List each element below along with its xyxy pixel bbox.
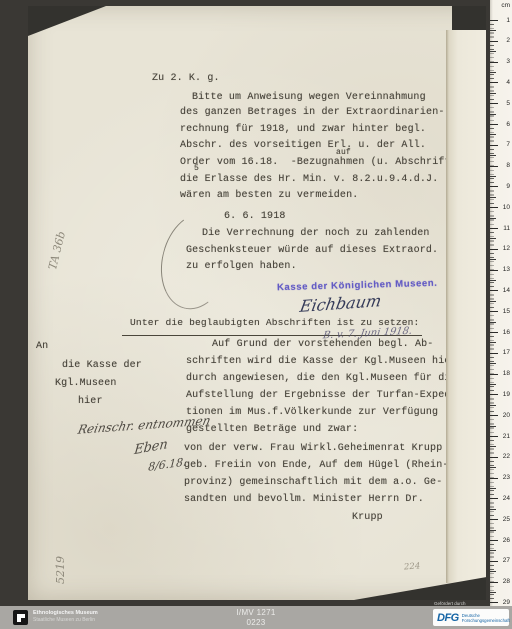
ruler-half-tick (490, 426, 496, 427)
typed-line: gestellten Beträge und zwar: (186, 424, 358, 435)
ruler-number: 9 (506, 183, 510, 190)
ruler-cm-tick (490, 582, 498, 583)
typed-line: des ganzen Betrages in der Extraordinari… (180, 107, 445, 118)
ruler-number: 12 (503, 245, 510, 252)
scan-corner-shadow (28, 6, 106, 36)
typed-line: sandten und bevollm. Minister Herrn Dr. (184, 494, 424, 505)
ruler-half-tick (490, 592, 496, 593)
ruler-number: 8 (506, 162, 510, 169)
ruler-number: 3 (506, 58, 510, 65)
ruler-half-tick (490, 197, 496, 198)
ruler-half-tick (490, 72, 496, 73)
dfg-abbr: DFG (437, 612, 459, 624)
ruler-cm-tick (490, 207, 498, 208)
ruler-number: 28 (503, 578, 510, 585)
ruler-number: 4 (506, 79, 510, 86)
typed-line: Aufstellung der Ergebnisse der Turfan-Ex… (186, 390, 463, 401)
ruler-half-tick (490, 280, 496, 281)
typed-line: Order vom 16.18. -Bezugnahmen (u. Abschr… (180, 157, 463, 168)
ruler-half-tick (490, 467, 496, 468)
ruler-number: 13 (503, 266, 510, 273)
ruler-half-tick (490, 51, 496, 52)
ruler-cm-tick (490, 103, 498, 104)
typed-line: geb. Freiin von Ende, Auf dem Hügel (Rhe… (184, 460, 449, 471)
ruler-cm-tick (490, 20, 498, 21)
typed-line: die Erlasse des Hr. Min. v. 8.2.u.9.4.d.… (180, 174, 438, 185)
ruler-cm-tick (490, 457, 498, 458)
ruler-scale: cm 1234567891011121314151617181920212223… (490, 0, 512, 607)
ruler-half-tick (490, 509, 496, 510)
ink-stamp-kasse: Kasse der Königlichen Museen. (277, 278, 438, 293)
ruler-half-tick (490, 342, 496, 343)
ruler-cm-tick (490, 478, 498, 479)
funding-note: Gefördert durch (434, 601, 466, 606)
signature-eichbaum: Eichbaum (298, 291, 383, 316)
document-page: Zu 2. K. g. Bitte um Anweisung wegen Ver… (28, 6, 486, 600)
ruler-number: 11 (503, 225, 510, 232)
ruler-number: 7 (506, 141, 510, 148)
typed-line: tionen im Mus.f.Völkerkunde zur Verfügun… (186, 407, 438, 418)
ruler-cm-tick (490, 270, 498, 271)
typed-date: 6. 6. 1918 (224, 211, 286, 222)
typed-insertion-above: auf (336, 148, 351, 157)
ruler-number: 2 (506, 37, 510, 44)
ruler-number: 14 (503, 287, 510, 294)
ruler-number: 29 (503, 599, 510, 606)
ruler-half-tick (490, 363, 496, 364)
ruler-number: 18 (503, 370, 510, 377)
ruler-cm-tick (490, 145, 498, 146)
ruler-number: 15 (503, 308, 510, 315)
handwritten-note-date: 8/6.18. (148, 455, 187, 474)
ruler-number: 16 (503, 329, 510, 336)
ruler-cm-tick (490, 249, 498, 250)
ruler-half-tick (490, 301, 496, 302)
ruler-half-tick (490, 259, 496, 260)
ruler-cm-tick (490, 374, 498, 375)
ruler-half-tick (490, 405, 496, 406)
ruler-half-tick (490, 218, 496, 219)
ruler-cm-tick (490, 311, 498, 312)
ruler-cm-tick (490, 602, 498, 603)
typed-line: wären am besten zu vermeiden. (180, 190, 358, 201)
ruler-cm-tick (490, 540, 498, 541)
ruler-number: 26 (503, 537, 510, 544)
typed-line: von der verw. Frau Wirkl.Geheimenrat Kru… (184, 443, 442, 454)
margin-annotation-number: 5219 (54, 556, 67, 584)
typed-line: provinz) gemeinschaftlich mit dem a.o. G… (184, 477, 442, 488)
scan-corner-shadow (452, 6, 486, 30)
ruler-half-tick (490, 155, 496, 156)
ruler-number: 6 (506, 121, 510, 128)
typed-line: Auf Grund der vorstehenden begl. Ab- (212, 339, 433, 350)
ruler-number: 25 (503, 516, 510, 523)
typed-reference-line: Zu 2. K. g. (152, 73, 220, 84)
ruler-half-tick (490, 176, 496, 177)
ruler-number: 21 (503, 433, 510, 440)
typed-line: Bitte um Anweisung wegen Vereinnahmung (192, 92, 426, 103)
ruler-cm-tick (490, 82, 498, 83)
ruler-number: 10 (503, 204, 510, 211)
address-line: hier (78, 396, 103, 407)
typed-line: Abschr. des vorseitigen Erl. u. der All. (180, 140, 426, 151)
typed-insertion-below: 5 (194, 164, 199, 173)
typed-line: schriften wird die Kasse der Kgl.Museen … (186, 356, 463, 367)
dfg-name-line2: Forschungsgemeinschaft (462, 618, 510, 623)
typed-heading: Unter die beglaubigten Abschriften ist z… (130, 317, 419, 328)
footer-bar: Ethnologisches Museum Staatliche Museen … (0, 606, 512, 629)
ruler-half-tick (490, 571, 496, 572)
typed-line: durch angewiesen, die den Kgl.Museen für… (186, 373, 457, 384)
ruler-cm-tick (490, 41, 498, 42)
ruler-cm-tick (490, 394, 498, 395)
typed-line: Die Verrechnung der noch zu zahlenden (202, 228, 430, 239)
ruler-number: 24 (503, 495, 510, 502)
ruler-number: 5 (506, 100, 510, 107)
ruler-half-tick (490, 30, 496, 31)
ruler-number: 27 (503, 557, 510, 564)
ruler-number: 17 (503, 349, 510, 356)
ruler-cm-tick (490, 166, 498, 167)
ruler-cm-tick (490, 353, 498, 354)
address-line: An (36, 341, 48, 352)
ruler-half-tick (490, 238, 496, 239)
pencil-page-number: 224 (404, 561, 421, 572)
page-fold-edge (446, 30, 486, 583)
ruler-number: 20 (503, 412, 510, 419)
ruler-half-tick (490, 322, 496, 323)
dfg-logo: DFG Deutsche Forschungsgemeinschaft (433, 609, 509, 626)
ruler-half-tick (490, 446, 496, 447)
ruler-half-tick (490, 93, 496, 94)
handwritten-note-signature: Eben (133, 437, 168, 458)
ruler-half-tick (490, 530, 496, 531)
ruler-cm-tick (490, 332, 498, 333)
ruler-cm-tick (490, 62, 498, 63)
address-line: die Kasse der (62, 360, 142, 371)
typed-line: rechnung für 1918, und zwar hinter begl. (180, 124, 426, 135)
ruler-cm-tick (490, 124, 498, 125)
ruler-half-tick (490, 134, 496, 135)
ruler-cm-tick (490, 561, 498, 562)
ruler-cm-tick (490, 436, 498, 437)
ruler-half-tick (490, 488, 496, 489)
margin-annotation-shelfmark: TA 36b (46, 230, 68, 271)
ruler-unit-label: cm (501, 2, 510, 9)
ruler-cm-tick (490, 519, 498, 520)
ruler-number: 23 (503, 474, 510, 481)
ruler-cm-tick (490, 186, 498, 187)
scan-background: Zu 2. K. g. Bitte um Anweisung wegen Ver… (0, 0, 512, 629)
ruler-cm-tick (490, 415, 498, 416)
ruler-cm-tick (490, 498, 498, 499)
ruler-number: 1 (506, 17, 510, 24)
address-line: Kgl.Museen (55, 378, 117, 389)
ruler-cm-tick (490, 290, 498, 291)
ruler-number: 19 (503, 391, 510, 398)
dfg-full-name: Deutsche Forschungsgemeinschaft (462, 613, 510, 623)
ruler-half-tick (490, 114, 496, 115)
ruler-half-tick (490, 384, 496, 385)
ruler-cm-tick (490, 228, 498, 229)
ruler-number: 22 (503, 453, 510, 460)
ruler-half-tick (490, 550, 496, 551)
typed-closing-name: Krupp (352, 512, 383, 523)
